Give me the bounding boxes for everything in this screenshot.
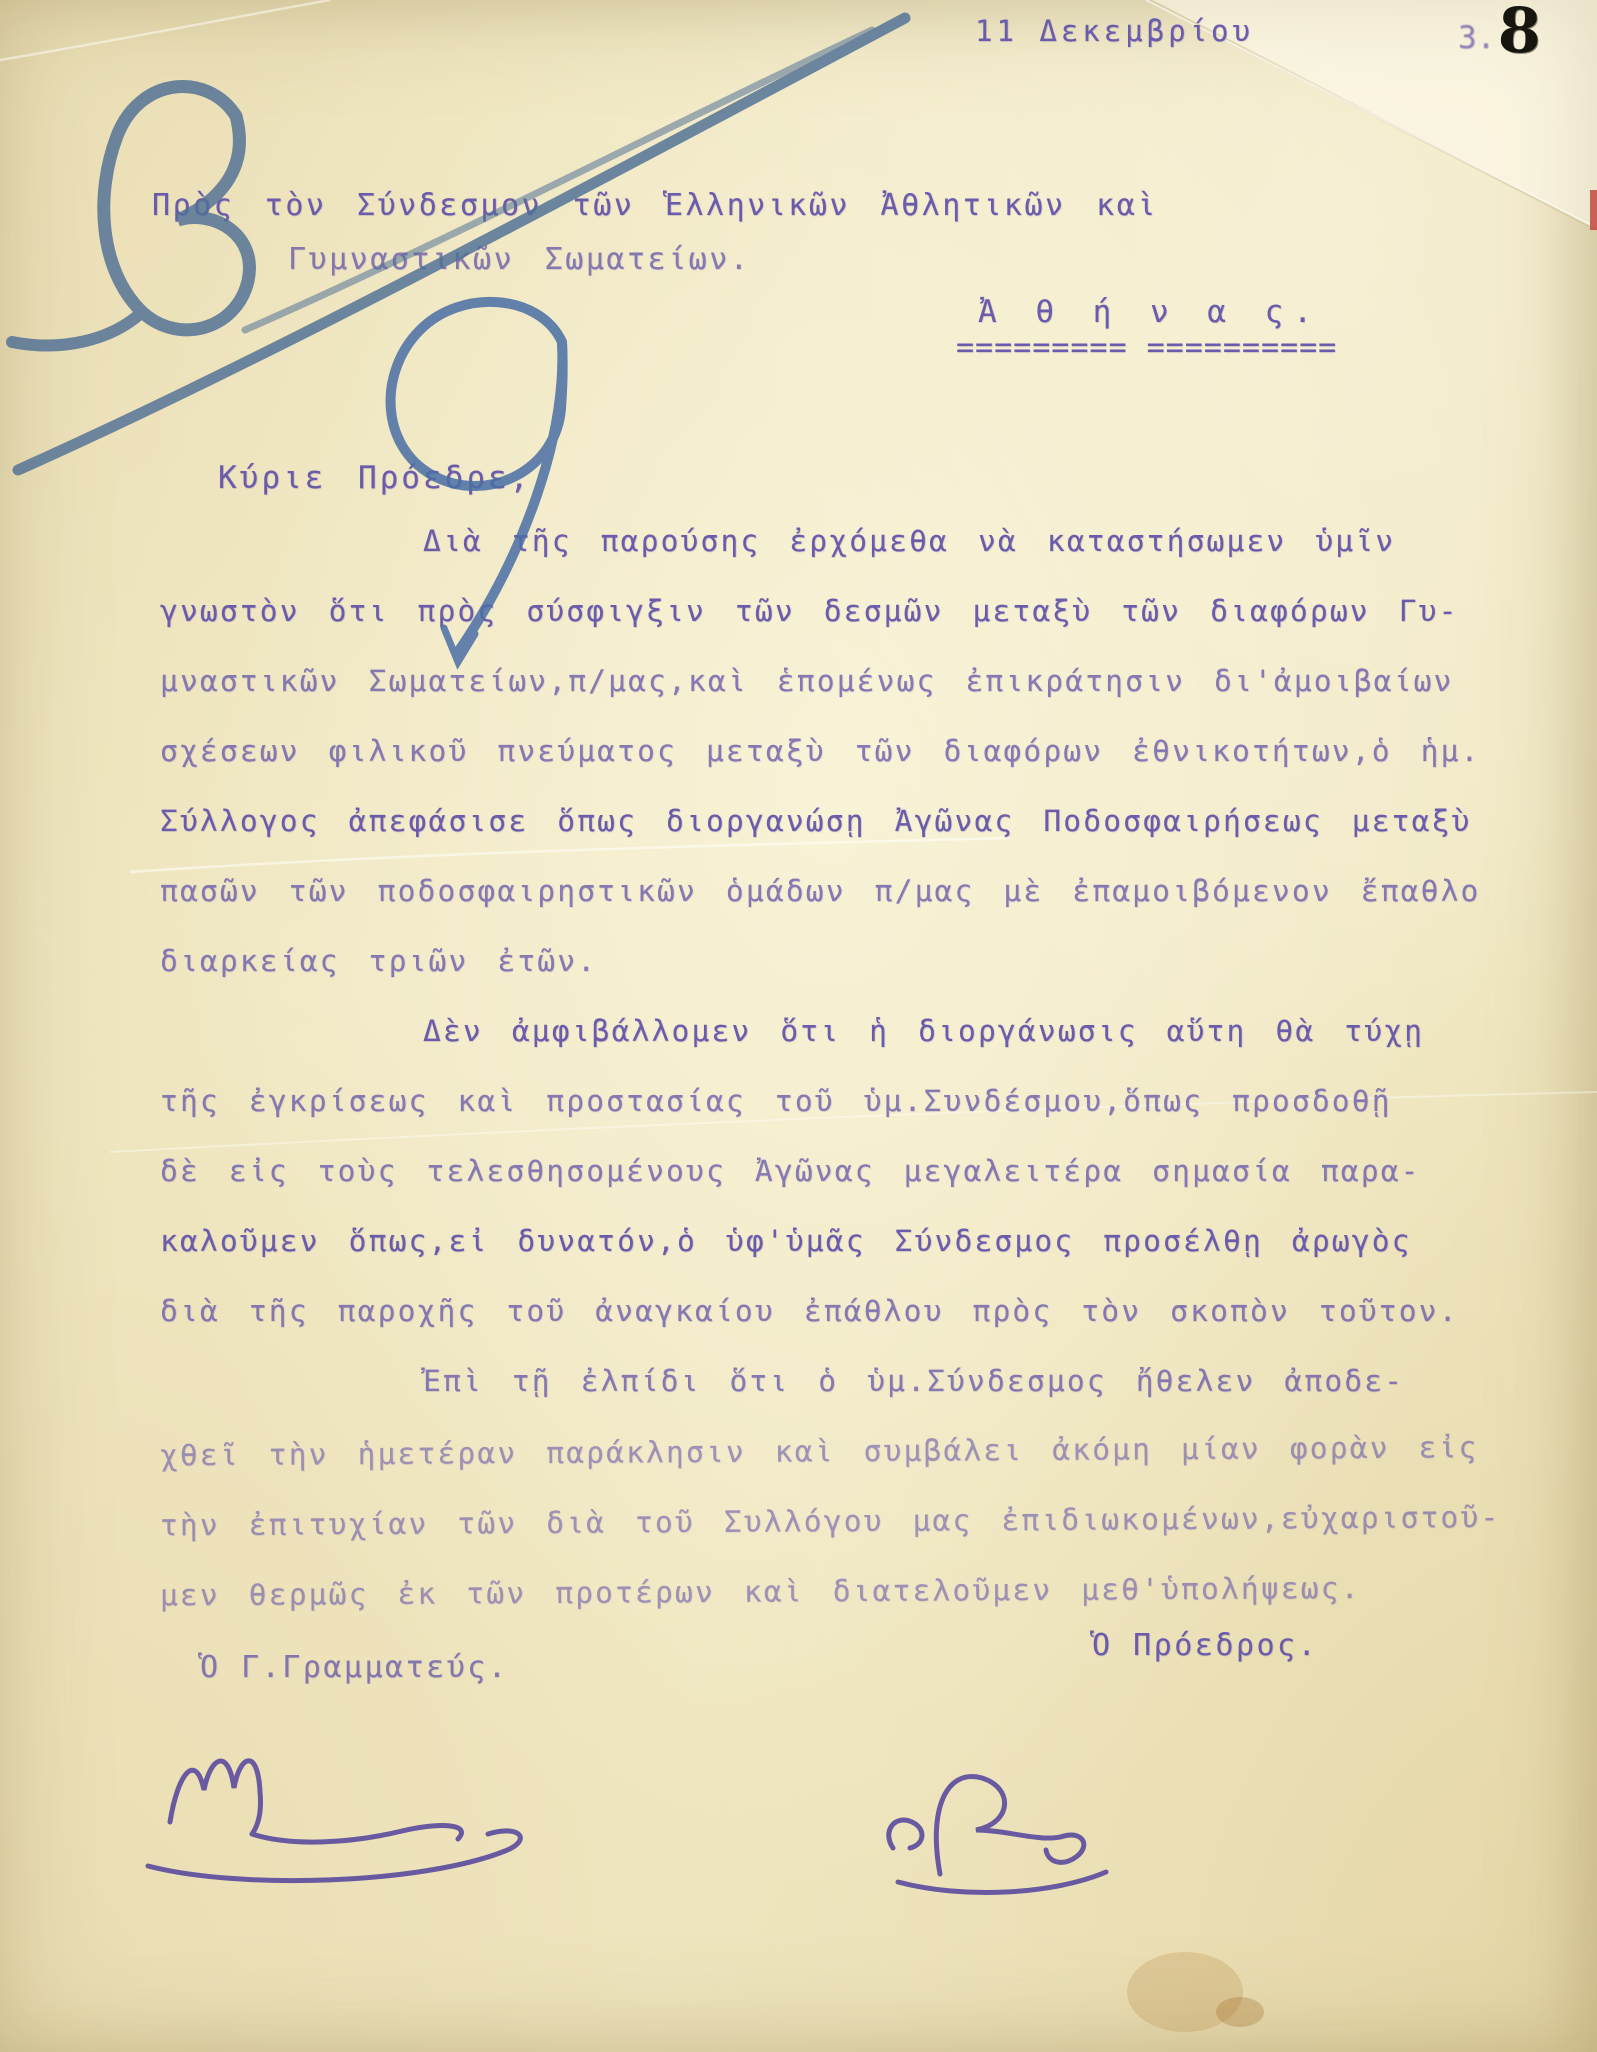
body-line: Ἐπὶ τῇ ἐλπίδι ὅτι ὁ ὑμ.Σύνδεσμος ἤθελεν … xyxy=(160,1364,1590,1434)
city-name: Ἀ θ ή ν α ς. xyxy=(978,294,1322,330)
body-line: Σύλλογος ἀπεφάσισε ὅπως διοργανώσῃ Ἀγῶνα… xyxy=(160,804,1590,874)
body-line: τῆς ἐγκρίσεως καὶ προστασίας τοῦ ὑμ.Συνδ… xyxy=(160,1084,1590,1154)
body-line: καλοῦμεν ὅπως,εἰ δυνατόν,ὁ ὑφ'ὑμᾶς Σύνδε… xyxy=(160,1224,1590,1294)
recipient-line-2: Γυμναστικῶν Σωματείων. xyxy=(288,242,750,277)
secretary-title: Ὁ Γ.Γραμματεύς. xyxy=(200,1650,508,1685)
folio-number-faint: 3. xyxy=(1458,20,1495,56)
folio-number: 8 xyxy=(1497,0,1543,68)
body-line: δὲ εἰς τοὺς τελεσθησομένους Ἀγῶνας μεγαλ… xyxy=(160,1154,1590,1224)
body-line: πασῶν τῶν ποδοσφαιρηστικῶν ὁμάδων π/μας … xyxy=(160,874,1590,944)
body-line: μεν θερμῶς ἐκ τῶν προτέρων καὶ διατελοῦμ… xyxy=(160,1570,1590,1649)
body-line: μναστικῶν Σωματείων,π/μας,καὶ ἑπομένως ἐ… xyxy=(160,664,1590,734)
typewritten-content: 11 Δεκεμβρίου 3. 8 Πρὸς τὸν Σύνδεσμον τῶ… xyxy=(0,0,1597,2052)
body-line: τὴν ἐπιτυχίαν τῶν διὰ τοῦ Συλλόγου μας ἐ… xyxy=(160,1500,1590,1579)
salutation: Κύριε Πρόεδρε, xyxy=(218,460,531,496)
letter-date: 11 Δεκεμβρίου xyxy=(975,14,1254,48)
scanned-letter-page: 11 Δεκεμβρίου 3. 8 Πρὸς τὸν Σύνδεσμον τῶ… xyxy=(0,0,1597,2052)
body-line: διαρκείας τριῶν ἐτῶν. xyxy=(160,944,1590,1014)
recipient-line-1: Πρὸς τὸν Σύνδεσμον τῶν Ἑλληνικῶν Ἀθλητικ… xyxy=(152,188,1158,223)
body-line: Δὲν ἀμφιβάλλομεν ὅτι ἡ διοργάνωσις αὕτη … xyxy=(160,1014,1590,1084)
body-line: διὰ τῆς παροχῆς τοῦ ἀναγκαίου ἐπάθλου πρ… xyxy=(160,1294,1590,1364)
body-line: Διὰ τῆς παρούσης ἐρχόμεθα νὰ καταστήσωμε… xyxy=(160,524,1590,594)
body-line: σχέσεων φιλικοῦ πνεύματος μεταξὺ τῶν δια… xyxy=(160,734,1590,804)
president-title: Ὁ Πρόεδρος. xyxy=(1092,1628,1318,1663)
body-line: γνωστὸν ὅτι πρὸς σύσφιγξιν τῶν δεσμῶν με… xyxy=(160,594,1590,664)
body-line: χθεῖ τὴν ἡμετέραν παράκλησιν καὶ συμβάλε… xyxy=(160,1430,1590,1509)
city-underline: ========= ========== xyxy=(956,330,1337,365)
letter-body: Διὰ τῆς παρούσης ἐρχόμεθα νὰ καταστήσωμε… xyxy=(160,524,1590,1644)
